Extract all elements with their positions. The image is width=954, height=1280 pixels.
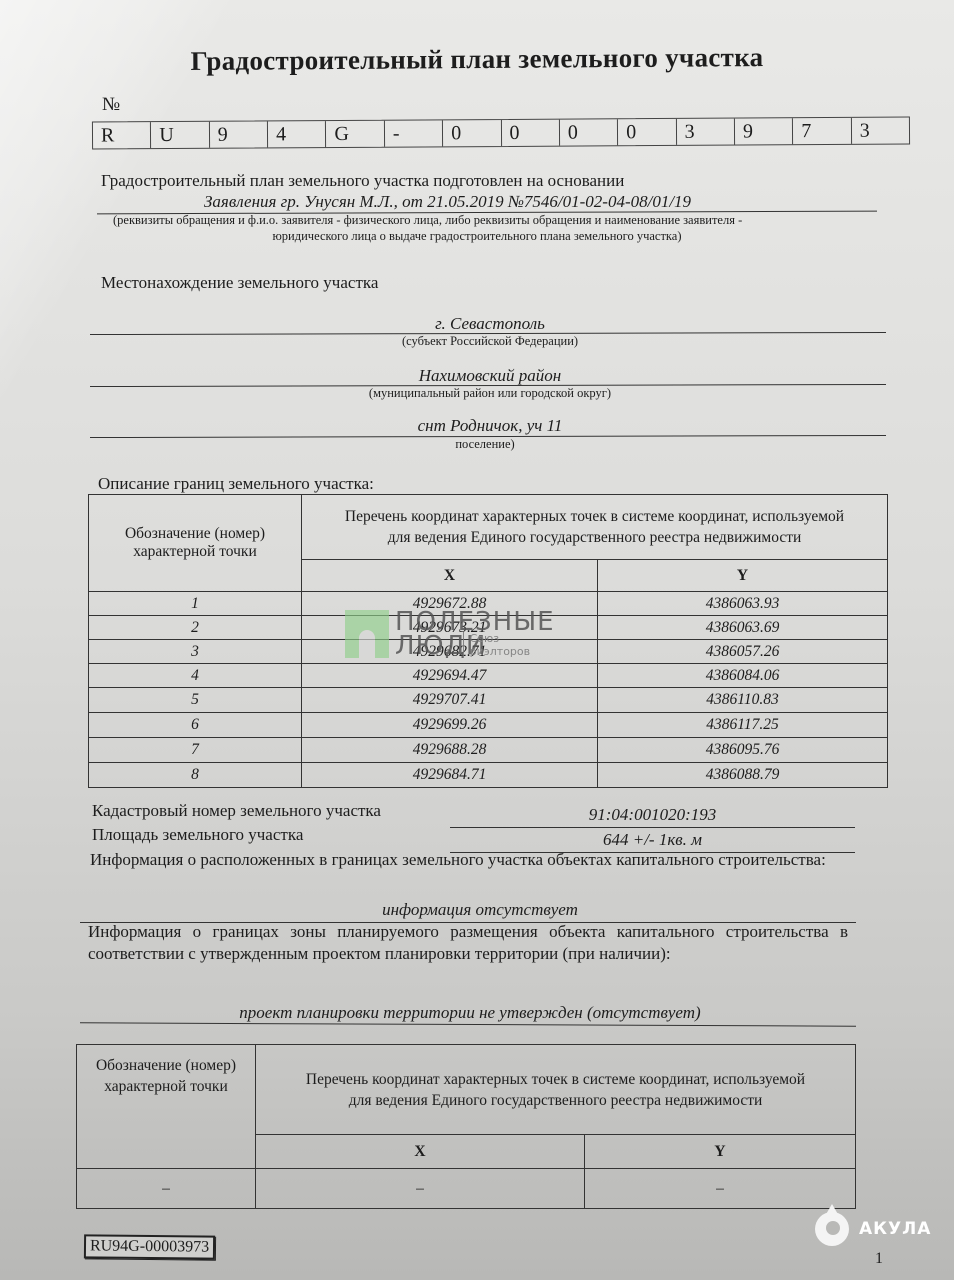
point-number: 1 — [89, 592, 302, 616]
location-settlement-caption: поселение) — [90, 437, 880, 452]
table-row: 3 4929682.71 4386057.26 — [89, 640, 888, 664]
plan-number-cell: 0 — [560, 119, 619, 145]
location-district-caption: (муниципальный район или городской округ… — [90, 386, 890, 401]
boundaries-label: Описание границ земельного участка: — [98, 474, 374, 494]
table-row: 1 4929672.88 4386063.93 — [89, 592, 888, 616]
zone-info-label: Информация о границах зоны планируемого … — [88, 921, 848, 965]
table-row: 6 4929699.26 4386117.25 — [89, 713, 888, 738]
coord-y: 4386084.06 — [598, 664, 888, 688]
table-row: 7 4929688.28 4386095.76 — [89, 738, 888, 763]
coord-x: 4929707.41 — [302, 688, 598, 713]
cadastral-underline — [450, 827, 855, 828]
coord-y: 4386110.83 — [598, 688, 888, 713]
coord-x: 4929688.28 — [302, 738, 598, 763]
table-row: – – – — [77, 1169, 856, 1209]
coord-x: 4929673.21 — [302, 616, 598, 640]
table-row: 5 4929707.41 4386110.83 — [89, 688, 888, 713]
plan-number-cell: 7 — [793, 118, 852, 144]
capital-info-label: Информация о расположенных в границах зе… — [90, 848, 850, 872]
basis-value: Заявления гр. Унусян М.Л., от 21.05.2019… — [204, 192, 691, 212]
table1-header-coords: Перечень координат характерных точек в с… — [302, 495, 888, 560]
coord-x: 4929682.71 — [302, 640, 598, 664]
point-number: – — [77, 1169, 256, 1209]
table-row: 2 4929673.21 4386063.69 — [89, 616, 888, 640]
area-value: 644 +/- 1кв. м — [450, 830, 855, 850]
plan-number-stamp: RU94G-00003973 — [84, 1234, 215, 1259]
coord-y: 4386063.93 — [598, 592, 888, 616]
table2-header-coords: Перечень координат характерных точек в с… — [256, 1045, 856, 1135]
basis-note-2: юридического лица о выдаче градостроител… — [0, 229, 954, 244]
zone-info-value: проект планировки территории не утвержде… — [80, 1003, 860, 1023]
plan-number-cell: 3 — [677, 119, 736, 145]
plan-number-cell: 9 — [210, 121, 269, 147]
table1-header-x: X — [302, 560, 598, 592]
watermark-akula-text: АКУЛА — [859, 1219, 931, 1239]
capital-info-value: информация отсутствует — [80, 900, 880, 920]
plan-number-cell: 0 — [618, 119, 677, 145]
plan-number-cell: - — [385, 120, 444, 146]
boundary-coordinates-table: Обозначение (номер) характерной точки Пе… — [88, 494, 888, 788]
table1-header-point: Обозначение (номер) характерной точки — [89, 495, 302, 592]
location-region-caption: (субъект Российской Федерации) — [90, 334, 890, 349]
plan-number-grid: R U 9 4 G - 0 0 0 0 3 9 7 3 — [92, 117, 910, 150]
coord-x: 4929684.71 — [302, 763, 598, 788]
coord-y: 4386088.79 — [598, 763, 888, 788]
table2-header-point: Обозначение (номер) характерной точки — [77, 1045, 256, 1169]
plan-number-cell: 4 — [268, 121, 327, 147]
point-number: 2 — [89, 616, 302, 640]
point-number: 5 — [89, 688, 302, 713]
point-number: 7 — [89, 738, 302, 763]
point-number: 3 — [89, 640, 302, 664]
point-number: 6 — [89, 713, 302, 738]
point-number: 4 — [89, 664, 302, 688]
coord-x: 4929699.26 — [302, 713, 598, 738]
location-district-value: Нахимовский район — [90, 366, 890, 386]
watermark-akula: АКУЛА — [815, 1212, 931, 1246]
location-label: Местонахождение земельного участка — [101, 273, 378, 293]
cadastral-label: Кадастровый номер земельного участка — [92, 801, 381, 821]
location-region-value: г. Севастополь — [90, 314, 890, 334]
coord-x: – — [256, 1169, 585, 1209]
basis-note-1: (реквизиты обращения и ф.и.о. заявителя … — [113, 213, 742, 228]
number-sign: № — [102, 94, 120, 116]
coord-y: – — [585, 1169, 856, 1209]
area-label: Площадь земельного участка — [92, 825, 303, 845]
coord-x: 4929672.88 — [302, 592, 598, 616]
plan-number-cell: U — [151, 122, 210, 148]
coord-y: 4386095.76 — [598, 738, 888, 763]
zone-coordinates-table: Обозначение (номер) характерной точки Пе… — [76, 1044, 856, 1209]
coord-x: 4929694.47 — [302, 664, 598, 688]
basis-label: Градостроительный план земельного участк… — [101, 171, 624, 191]
document-title: Градостроительный план земельного участк… — [0, 41, 954, 79]
table1-header-y: Y — [598, 560, 888, 592]
plan-number-cell: G — [326, 121, 385, 147]
shark-logo-icon — [815, 1212, 849, 1246]
coord-y: 4386063.69 — [598, 616, 888, 640]
coord-y: 4386057.26 — [598, 640, 888, 664]
point-number: 8 — [89, 763, 302, 788]
table2-header-y: Y — [585, 1135, 856, 1169]
plan-number-cell: 0 — [501, 120, 560, 146]
coord-y: 4386117.25 — [598, 713, 888, 738]
table2-header-x: X — [256, 1135, 585, 1169]
location-settlement-value: снт Родничок, уч 11 — [90, 416, 890, 436]
plan-number-cell: 0 — [443, 120, 502, 146]
table-row: 8 4929684.71 4386088.79 — [89, 763, 888, 788]
plan-number-cell: R — [93, 122, 152, 148]
plan-number-cell: 3 — [852, 118, 910, 144]
cadastral-value: 91:04:001020:193 — [450, 805, 855, 825]
plan-number-cell: 9 — [735, 118, 794, 144]
page-number: 1 — [875, 1250, 883, 1268]
table-row: 4 4929694.47 4386084.06 — [89, 664, 888, 688]
